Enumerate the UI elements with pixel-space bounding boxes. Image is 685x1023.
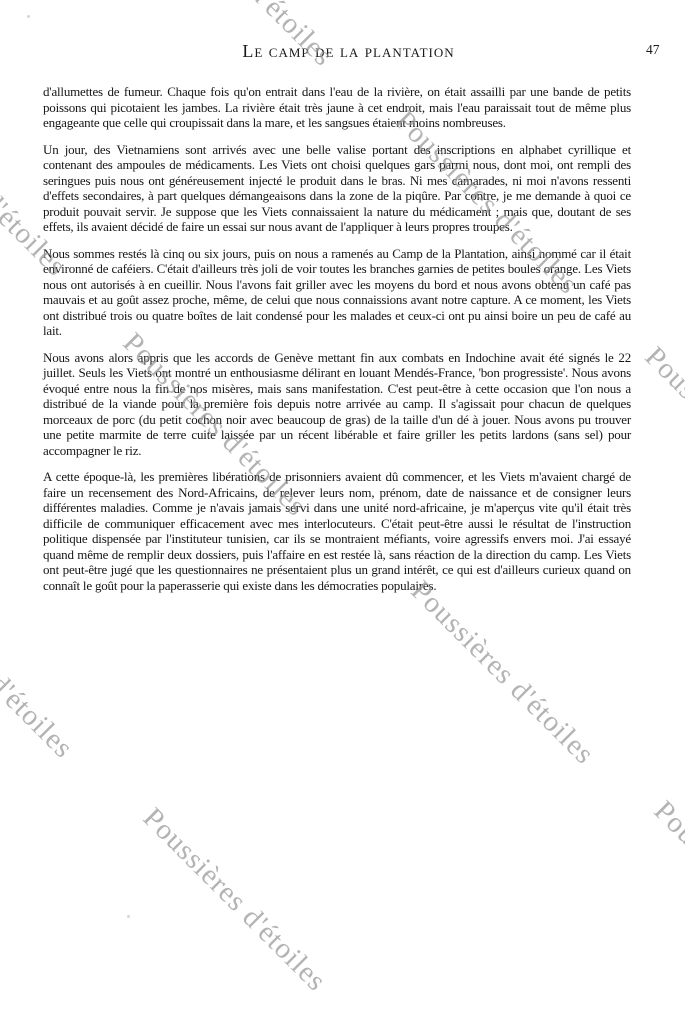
running-header-title: Le camp de la plantation (0, 41, 685, 62)
watermark-text: Poussières d'étoiles (648, 795, 685, 990)
body-text-column: d'allumettes de fumeur. Chaque fois qu'o… (43, 84, 631, 604)
watermark-text: Poussières d'étoiles (639, 341, 685, 536)
paragraph-1: d'allumettes de fumeur. Chaque fois qu'o… (43, 84, 631, 131)
paragraph-3: Nous sommes restés là cinq ou six jours,… (43, 246, 631, 339)
paragraph-4: Nous avons alors appris que les accords … (43, 350, 631, 459)
paragraph-2: Un jour, des Vietnamiens sont arrivés av… (43, 142, 631, 235)
page-number: 47 (646, 42, 660, 58)
watermark-text: Poussières d'étoiles (405, 575, 600, 770)
paragraph-5: A cette époque-là, les premières libérat… (43, 469, 631, 593)
watermark-text: Poussières d'étoiles (137, 802, 332, 997)
scan-speck (127, 915, 130, 918)
book-page: Le camp de la plantation 47 d'allumettes… (0, 0, 685, 1023)
scan-speck (27, 15, 30, 18)
